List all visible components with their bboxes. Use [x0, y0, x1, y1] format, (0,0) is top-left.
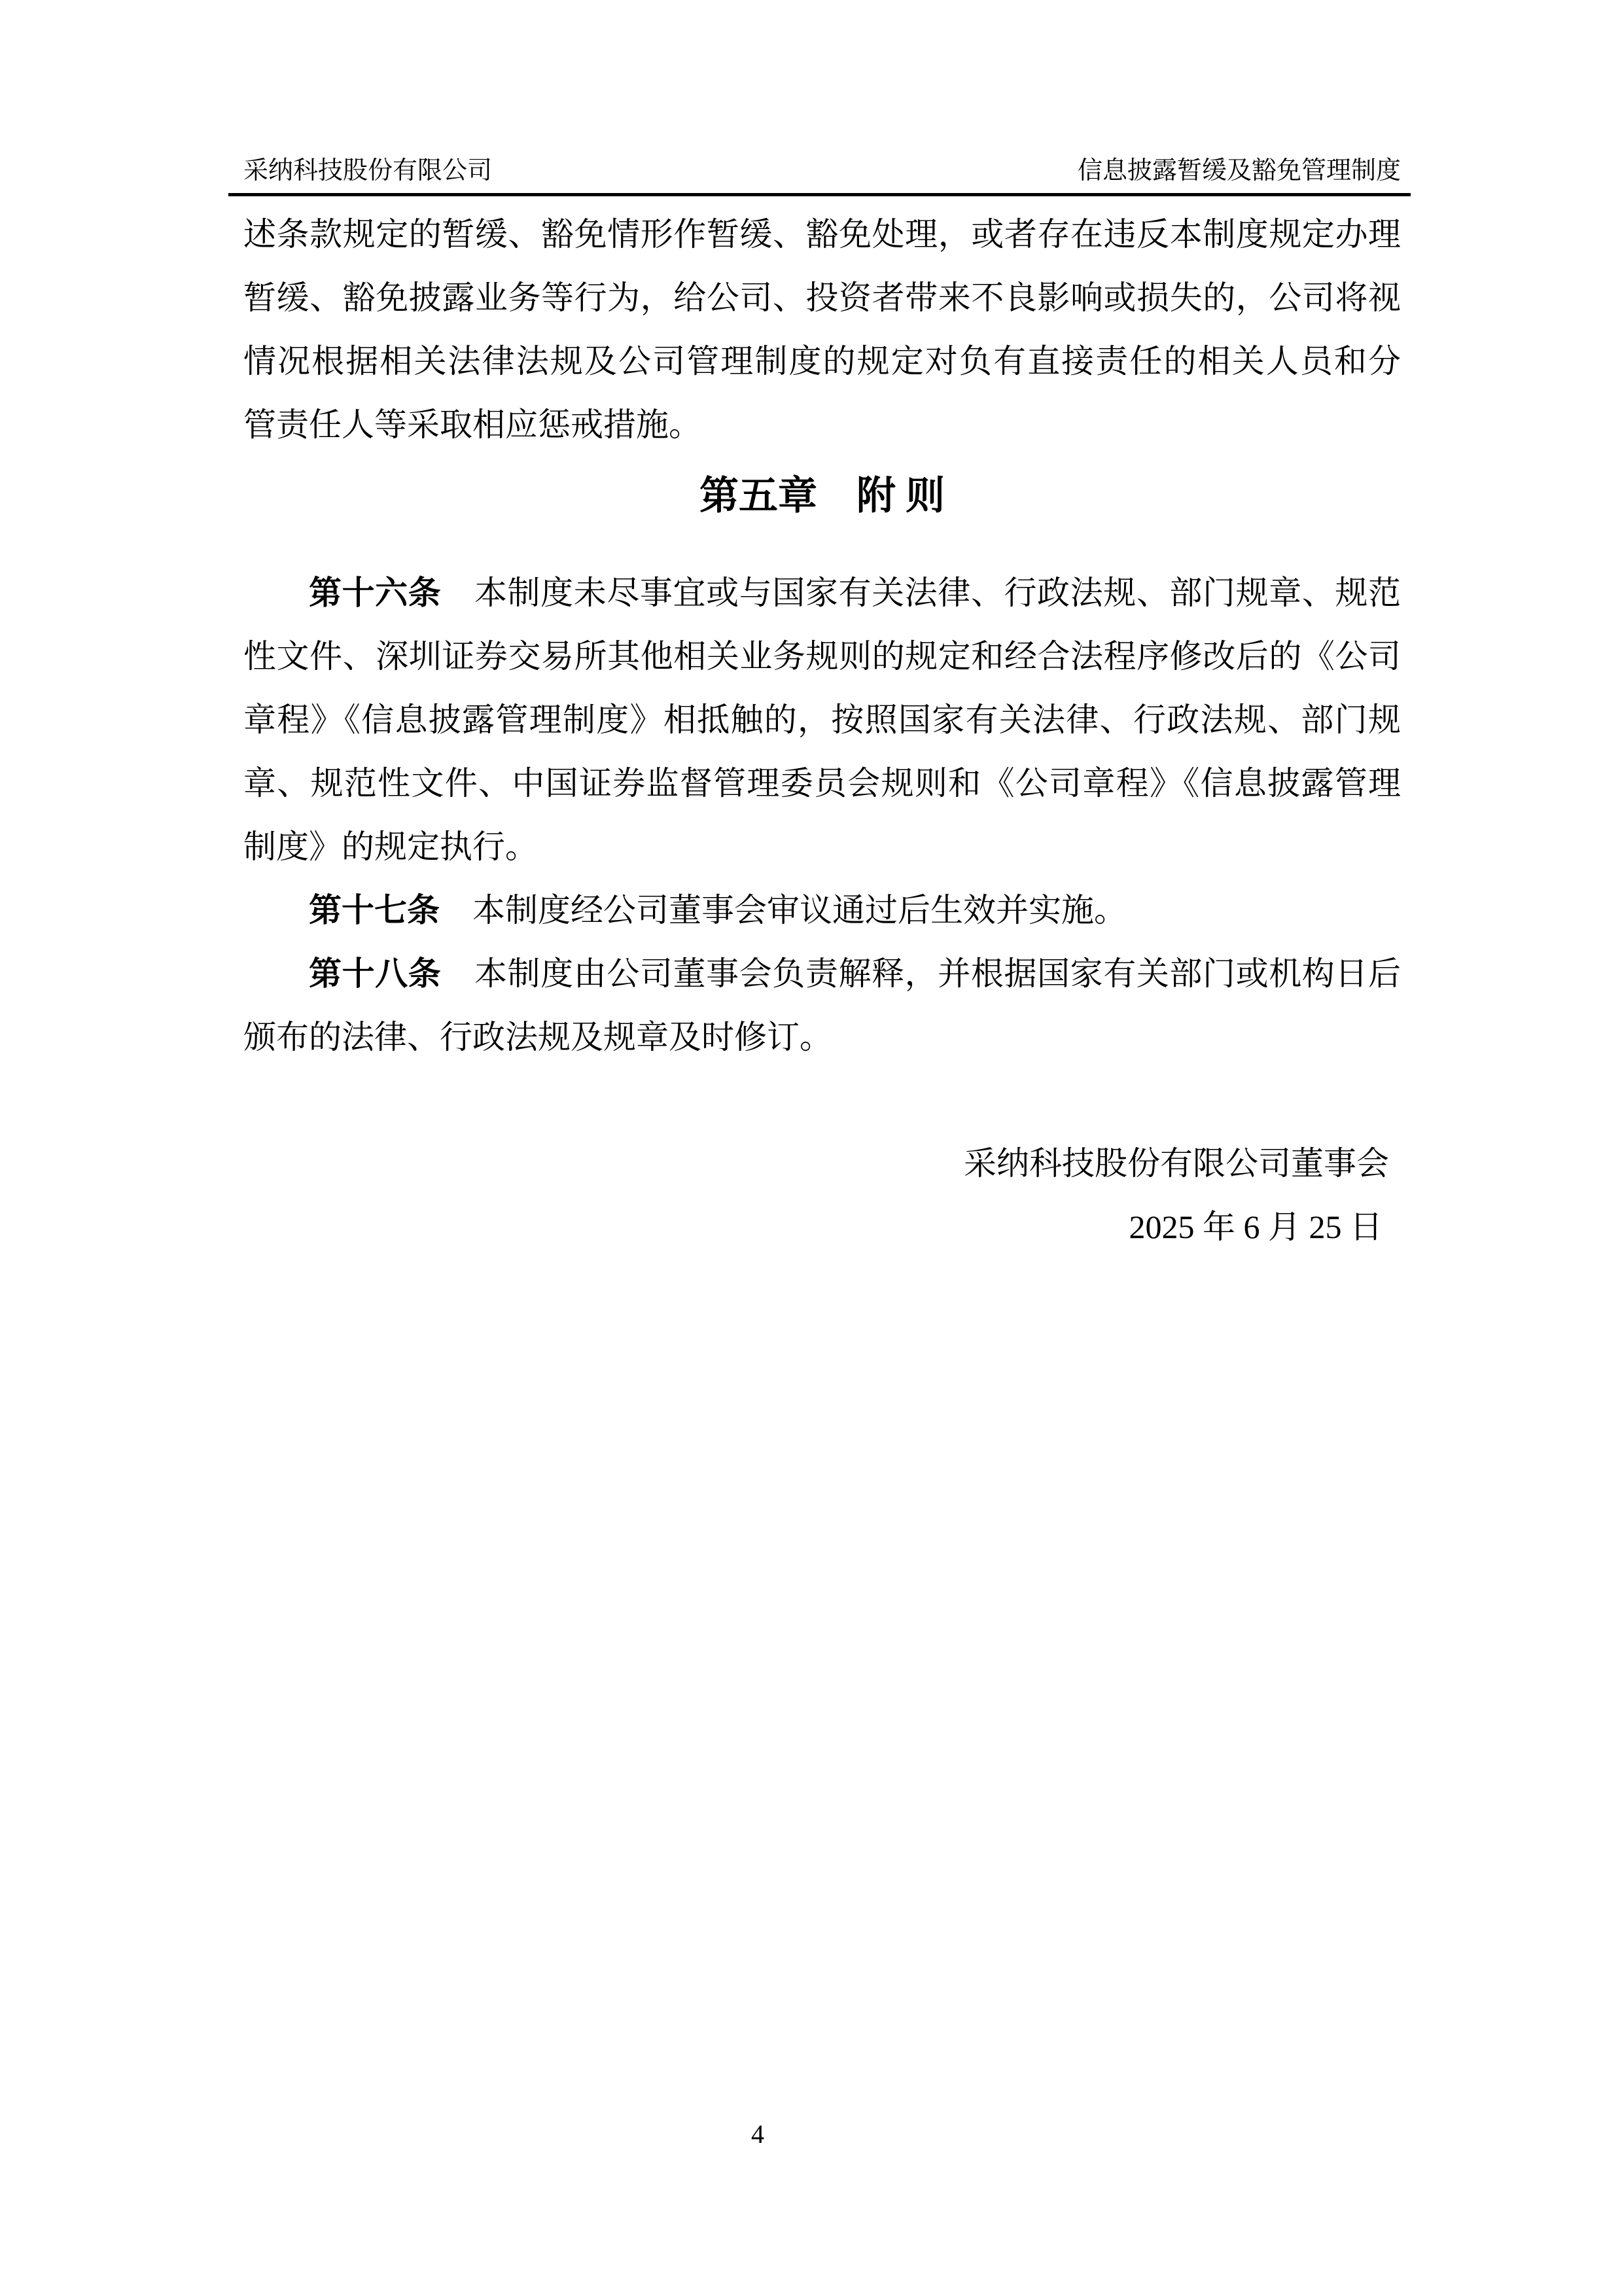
header-divider [228, 193, 1411, 196]
document-page: 采纳科技股份有限公司 信息披露暂缓及豁免管理制度 述条款规定的暂缓、豁免情形作暂… [0, 0, 1622, 2296]
header-company-name: 采纳科技股份有限公司 [243, 156, 492, 186]
signature-date: 2025 年 6 月 25 日 [243, 1195, 1401, 1259]
closing-paragraph: 述条款规定的暂缓、豁免情形作暂缓、豁免处理，或者存在违反本制度规定办理 暂缓、豁… [243, 203, 1401, 457]
article-16-line-1-text: 本制度未尽事宜或与国家有关法律、行政法规、部门规章、规范 [441, 574, 1401, 611]
closing-paragraph-line-3: 情况根据相关法律法规及公司管理制度的规定对负有直接责任的相关人员和分 [243, 330, 1401, 393]
signature-company: 采纳科技股份有限公司董事会 [243, 1132, 1401, 1195]
article-17-text: 本制度经公司董事会审议通过后生效并实施。 [440, 892, 1127, 928]
chapter-heading: 第五章 附 则 [243, 465, 1401, 528]
article-18-label: 第十八条 [309, 955, 441, 992]
page-number: 4 [751, 2119, 764, 2150]
article-16-label: 第十六条 [309, 574, 441, 611]
article-18: 第十八条 本制度由公司董事会负责解释，并根据国家有关部门或机构日后 颁布的法律、… [243, 942, 1401, 1069]
article-17-label: 第十七条 [309, 892, 440, 928]
article-16-line-4: 章、规范性文件、中国证券监督管理委员会规则和《公司章程》《信息披露管理 [243, 752, 1401, 815]
article-16-line-2: 性文件、深圳证券交易所其他相关业务规则的规定和经合法程序修改后的《公司 [243, 625, 1401, 688]
article-16-line-5: 制度》的规定执行。 [243, 815, 1401, 879]
article-18-line-2: 颁布的法律、行政法规及规章及时修订。 [243, 1006, 1401, 1069]
article-17: 第十七条 本制度经公司董事会审议通过后生效并实施。 [243, 879, 1401, 942]
closing-paragraph-line-1: 述条款规定的暂缓、豁免情形作暂缓、豁免处理，或者存在违反本制度规定办理 [243, 203, 1401, 266]
page-header: 采纳科技股份有限公司 信息披露暂缓及豁免管理制度 [243, 156, 1401, 186]
article-18-line-1-text: 本制度由公司董事会负责解释，并根据国家有关部门或机构日后 [441, 955, 1401, 992]
signature-block: 采纳科技股份有限公司董事会 2025 年 6 月 25 日 [243, 1132, 1401, 1259]
article-16-line-3: 章程》《信息披露管理制度》相抵触的，按照国家有关法律、行政法规、部门规 [243, 688, 1401, 752]
closing-paragraph-line-4: 管责任人等采取相应惩戒措施。 [243, 393, 1401, 457]
article-18-line-1: 第十八条 本制度由公司董事会负责解释，并根据国家有关部门或机构日后 [243, 942, 1401, 1006]
article-16: 第十六条 本制度未尽事宜或与国家有关法律、行政法规、部门规章、规范 性文件、深圳… [243, 561, 1401, 879]
article-16-line-1: 第十六条 本制度未尽事宜或与国家有关法律、行政法规、部门规章、规范 [243, 561, 1401, 625]
article-17-line-1: 第十七条 本制度经公司董事会审议通过后生效并实施。 [243, 879, 1401, 942]
header-document-title: 信息披露暂缓及豁免管理制度 [1078, 156, 1401, 186]
closing-paragraph-line-2: 暂缓、豁免披露业务等行为，给公司、投资者带来不良影响或损失的，公司将视 [243, 266, 1401, 330]
document-body: 述条款规定的暂缓、豁免情形作暂缓、豁免处理，或者存在违反本制度规定办理 暂缓、豁… [243, 203, 1401, 1259]
